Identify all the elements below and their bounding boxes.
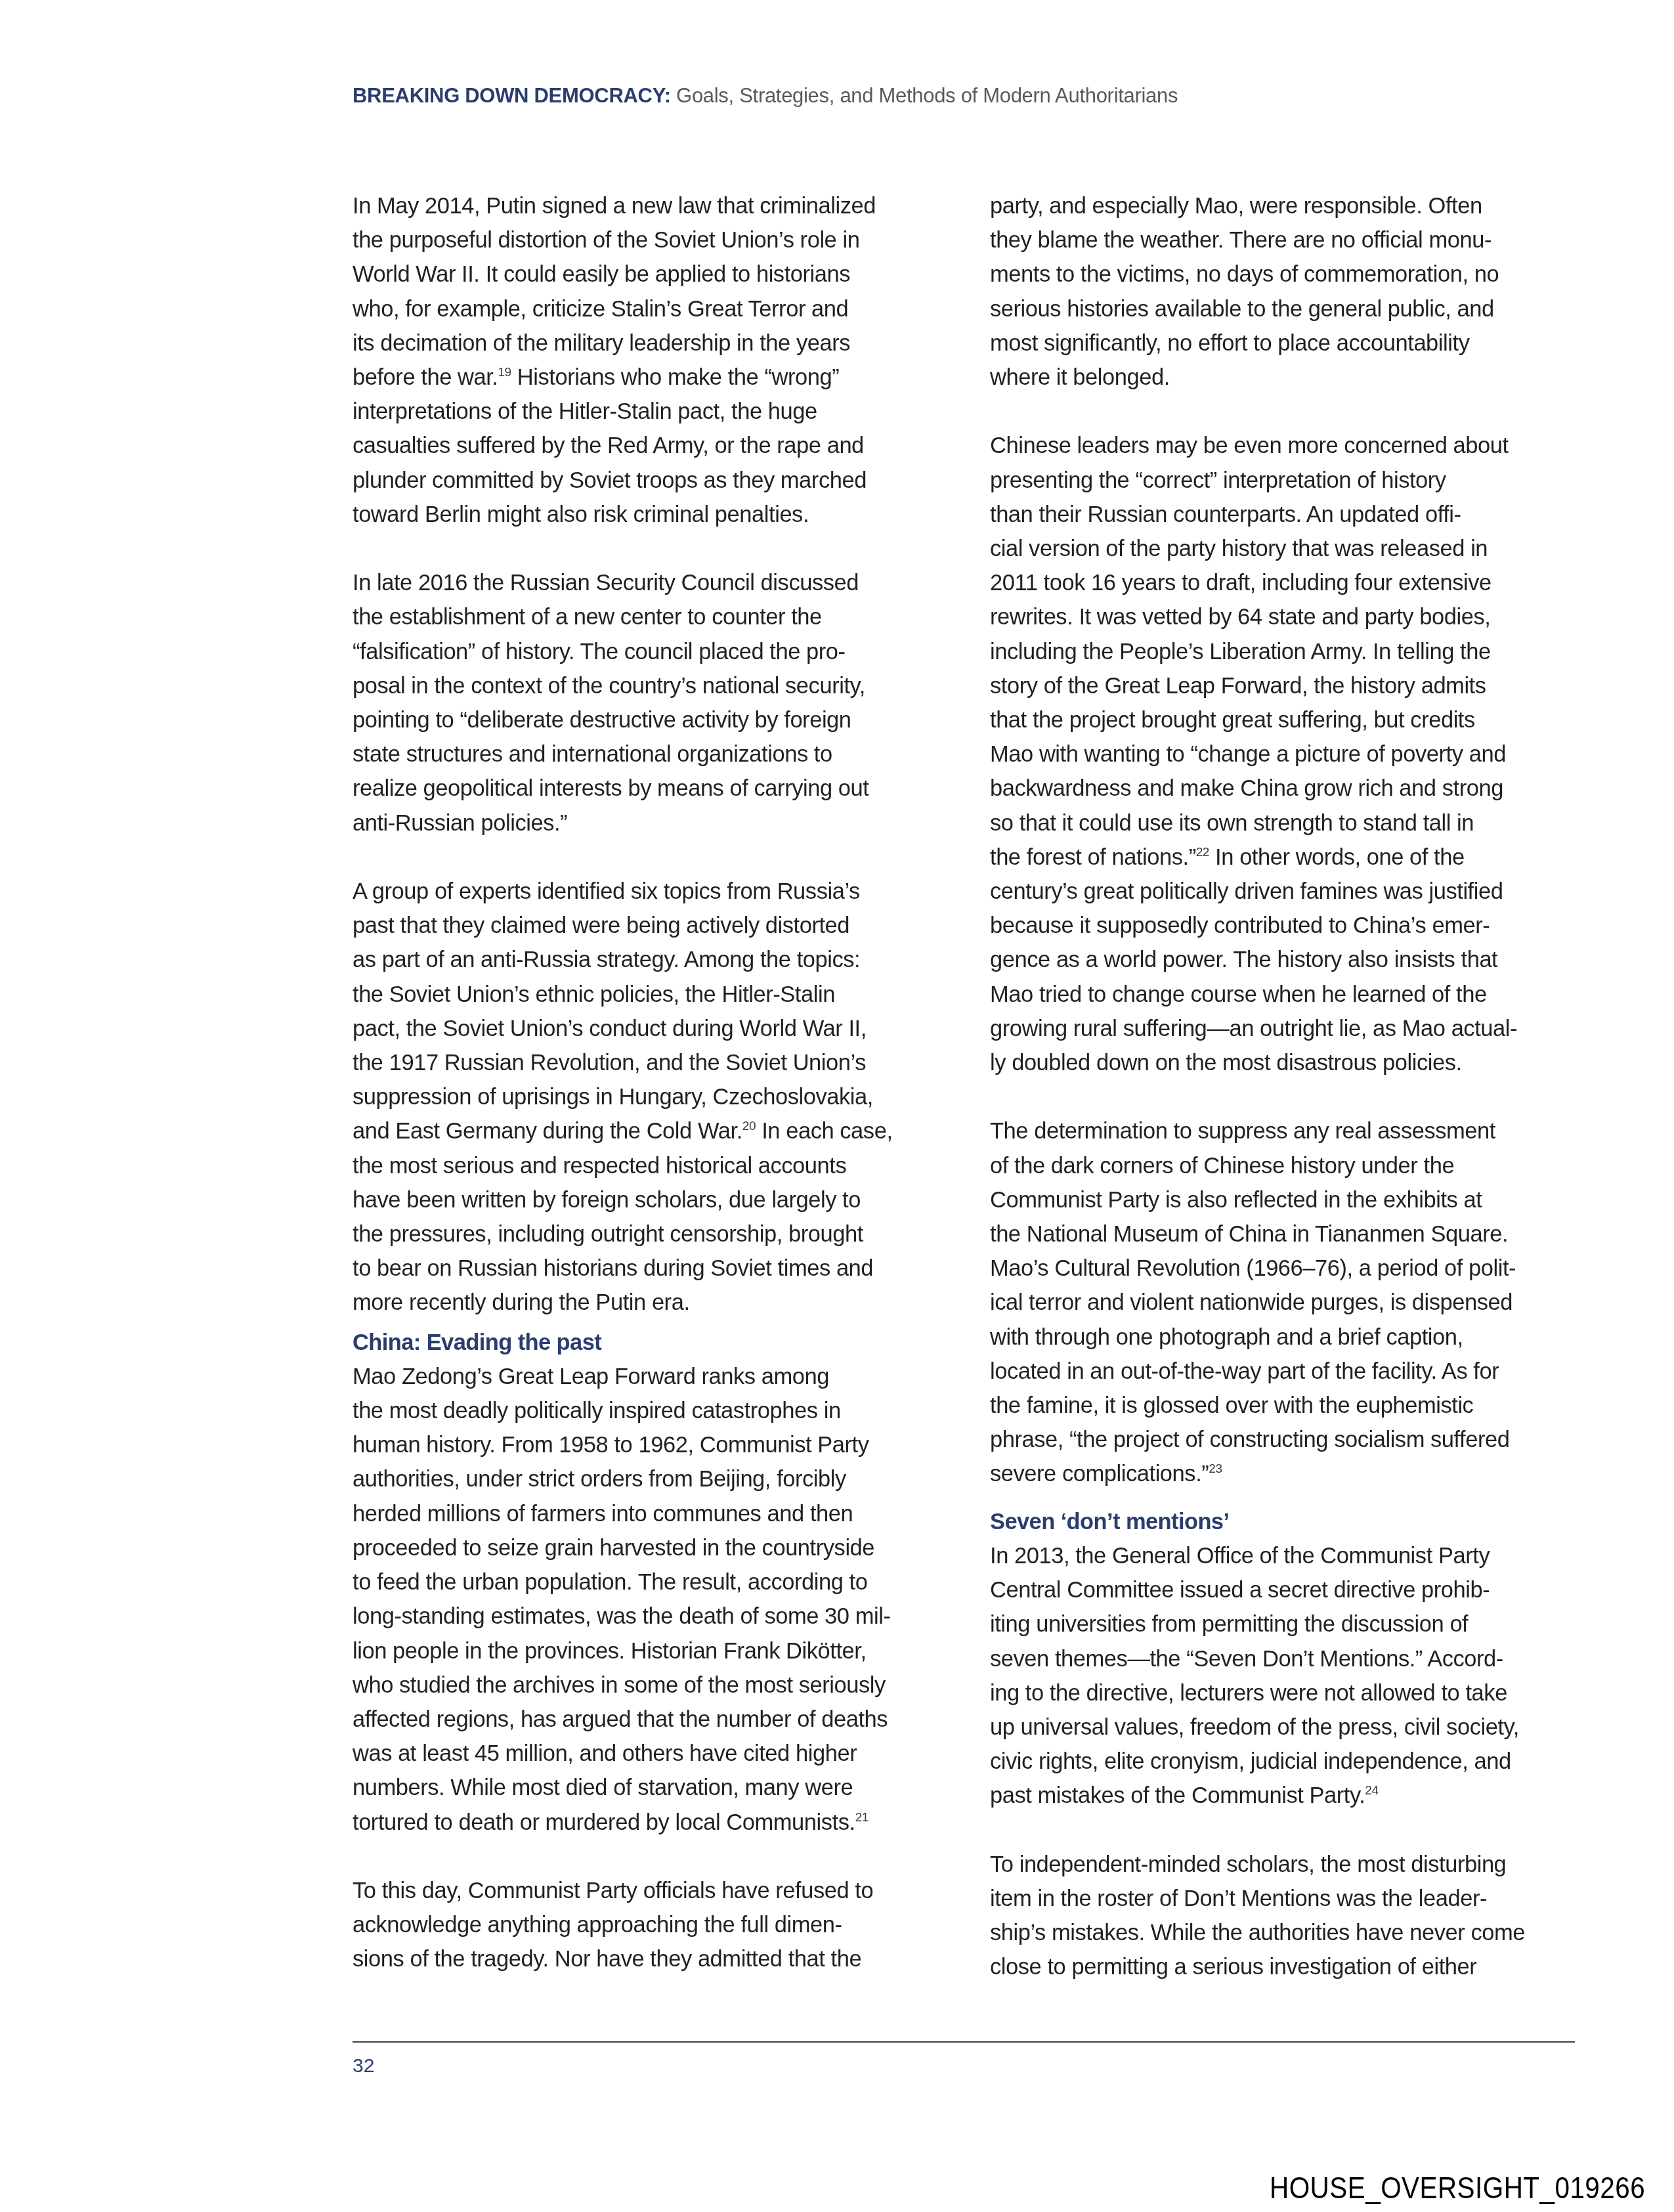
- text-line: severe complications.”23: [990, 1457, 1587, 1491]
- text-line: sions of the tragedy. Nor have they admi…: [353, 1942, 943, 1976]
- text-line: phrase, “the project of constructing soc…: [990, 1423, 1587, 1457]
- text-line: close to permitting a serious investigat…: [990, 1950, 1587, 1984]
- paragraph-2013-directive: In 2013, the General Office of the Commu…: [990, 1539, 1587, 1813]
- text-line: serious histories available to the gener…: [990, 292, 1587, 326]
- text-line: the purposeful distortion of the Soviet …: [353, 223, 943, 257]
- text-line: suppression of uprisings in Hungary, Cze…: [353, 1080, 943, 1114]
- spacer: [990, 1492, 1587, 1505]
- text-line: World War II. It could easily be applied…: [353, 257, 943, 292]
- text-line: toward Berlin might also risk criminal p…: [353, 498, 943, 532]
- text-line: to bear on Russian historians during Sov…: [353, 1251, 943, 1286]
- text-line: the most deadly politically inspired cat…: [353, 1394, 943, 1428]
- paragraph-security-council: In late 2016 the Russian Security Counci…: [353, 566, 943, 840]
- paragraph-party-responsible: party, and especially Mao, were responsi…: [990, 189, 1587, 395]
- text-line: ical terror and violent nationwide purge…: [990, 1286, 1587, 1320]
- text-fragment: In each case,: [756, 1119, 893, 1144]
- text-line: numbers. While most died of starvation, …: [353, 1771, 943, 1805]
- text-line: proceeded to seize grain harvested in th…: [353, 1531, 943, 1565]
- text-line: Mao’s Cultural Revolution (1966–76), a p…: [990, 1251, 1587, 1286]
- text-line: To this day, Communist Party officials h…: [353, 1874, 943, 1908]
- text-line: story of the Great Leap Forward, the his…: [990, 669, 1587, 703]
- text-line: the Soviet Union’s ethnic policies, the …: [353, 978, 943, 1012]
- text-line: than their Russian counterparts. An upda…: [990, 498, 1587, 532]
- text-line: presenting the “correct” interpretation …: [990, 464, 1587, 498]
- text-line: the famine, it is glossed over with the …: [990, 1389, 1587, 1423]
- footnote-ref-21[interactable]: 21: [855, 1811, 869, 1825]
- text-line: with through one photograph and a brief …: [990, 1320, 1587, 1355]
- section-heading-seven-dont-mentions: Seven ‘don’t mentions’: [990, 1505, 1587, 1539]
- footnote-ref-19[interactable]: 19: [498, 366, 511, 380]
- text-line: cial version of the party history that w…: [990, 532, 1587, 566]
- text-line: human history. From 1958 to 1962, Commun…: [353, 1428, 943, 1462]
- text-line: located in an out-of-the-way part of the…: [990, 1355, 1587, 1389]
- text-line: ly doubled down on the most disastrous p…: [990, 1046, 1587, 1080]
- text-line: ments to the victims, no days of commemo…: [990, 257, 1587, 292]
- text-line: the forest of nations.”22 In other words…: [990, 840, 1587, 875]
- footnote-ref-24[interactable]: 24: [1365, 1784, 1378, 1798]
- publication-title: BREAKING DOWN DEMOCRACY:: [353, 84, 671, 107]
- text-line: before the war.19 Historians who make th…: [353, 360, 943, 395]
- text-fragment: tortured to death or murdered by local C…: [353, 1810, 855, 1835]
- text-line: To independent-minded scholars, the most…: [990, 1848, 1587, 1882]
- text-line: tortured to death or murdered by local C…: [353, 1806, 943, 1840]
- text-line: plunder committed by Soviet troops as th…: [353, 464, 943, 498]
- text-line: state structures and international organ…: [353, 737, 943, 771]
- text-line: growing rural suffering—an outright lie,…: [990, 1012, 1587, 1046]
- text-line: and East Germany during the Cold War.20 …: [353, 1114, 943, 1148]
- text-fragment: the forest of nations.”: [990, 845, 1196, 870]
- text-line: civic rights, elite cronyism, judicial i…: [990, 1745, 1587, 1779]
- text-line: the National Museum of China in Tiananme…: [990, 1217, 1587, 1251]
- text-line: 2011 took 16 years to draft, including f…: [990, 566, 1587, 600]
- text-line: A group of experts identified six topics…: [353, 875, 943, 909]
- text-line: anti-Russian policies.”: [353, 806, 943, 840]
- text-line: In late 2016 the Russian Security Counci…: [353, 566, 943, 600]
- text-line: Central Committee issued a secret direct…: [990, 1573, 1587, 1607]
- footnote-ref-23[interactable]: 23: [1209, 1462, 1222, 1476]
- bates-stamp: HOUSE_OVERSIGHT_019266: [1270, 2170, 1645, 2205]
- text-line: they blame the weather. There are no off…: [990, 223, 1587, 257]
- text-line: In May 2014, Putin signed a new law that…: [353, 189, 943, 223]
- text-line: the most serious and respected historica…: [353, 1149, 943, 1183]
- text-line: posal in the context of the country’s na…: [353, 669, 943, 703]
- right-column: party, and especially Mao, were responsi…: [990, 189, 1587, 1985]
- text-line: authorities, under strict orders from Be…: [353, 1462, 943, 1496]
- text-line: past mistakes of the Communist Party.24: [990, 1779, 1587, 1813]
- text-line: its decimation of the military leadershi…: [353, 326, 943, 360]
- text-fragment: and East Germany during the Cold War.: [353, 1119, 742, 1144]
- section-heading-china: China: Evading the past: [353, 1326, 943, 1360]
- text-line: past that they claimed were being active…: [353, 909, 943, 943]
- text-line: item in the roster of Don’t Mentions was…: [990, 1882, 1587, 1916]
- text-line: seven themes—the “Seven Don’t Mentions.”…: [990, 1642, 1587, 1676]
- text-line: backwardness and make China grow rich an…: [990, 771, 1587, 806]
- text-line: pact, the Soviet Union’s conduct during …: [353, 1012, 943, 1046]
- text-line: the pressures, including outright censor…: [353, 1217, 943, 1251]
- text-line: including the People’s Liberation Army. …: [990, 635, 1587, 669]
- paragraph-national-museum: The determination to suppress any real a…: [990, 1114, 1587, 1491]
- text-line: lion people in the provinces. Historian …: [353, 1634, 943, 1668]
- text-line: Communist Party is also reflected in the…: [990, 1183, 1587, 1217]
- text-line: the 1917 Russian Revolution, and the Sov…: [353, 1046, 943, 1080]
- paragraph-putin-law: In May 2014, Putin signed a new law that…: [353, 189, 943, 532]
- text-line: iting universities from permitting the d…: [990, 1607, 1587, 1641]
- text-line: ship’s mistakes. While the authorities h…: [990, 1916, 1587, 1950]
- text-line: have been written by foreign scholars, d…: [353, 1183, 943, 1217]
- text-line: The determination to suppress any real a…: [990, 1114, 1587, 1148]
- text-line: century’s great politically driven famin…: [990, 875, 1587, 909]
- text-fragment: before the war.: [353, 365, 498, 390]
- text-line: up universal values, freedom of the pres…: [990, 1710, 1587, 1745]
- text-line: realize geopolitical interests by means …: [353, 771, 943, 806]
- text-fragment: past mistakes of the Communist Party.: [990, 1783, 1365, 1808]
- text-line: was at least 45 million, and others have…: [353, 1737, 943, 1771]
- text-line: who studied the archives in some of the …: [353, 1668, 943, 1702]
- spacer: [353, 1320, 943, 1326]
- text-line: where it belonged.: [990, 360, 1587, 395]
- text-line: ing to the directive, lecturers were not…: [990, 1676, 1587, 1710]
- text-line: interpretations of the Hitler-Stalin pac…: [353, 395, 943, 429]
- text-line: Chinese leaders may be even more concern…: [990, 429, 1587, 463]
- text-line: affected regions, has argued that the nu…: [353, 1702, 943, 1737]
- text-line: more recently during the Putin era.: [353, 1286, 943, 1320]
- text-line: so that it could use its own strength to…: [990, 806, 1587, 840]
- text-fragment: Historians who make the “wrong”: [511, 365, 839, 390]
- paragraph-great-leap: Mao Zedong’s Great Leap Forward ranks am…: [353, 1360, 943, 1840]
- text-line: Mao tried to change course when he learn…: [990, 978, 1587, 1012]
- text-line: In 2013, the General Office of the Commu…: [990, 1539, 1587, 1573]
- text-line: the establishment of a new center to cou…: [353, 600, 943, 634]
- paragraph-six-topics: A group of experts identified six topics…: [353, 875, 943, 1320]
- running-header: BREAKING DOWN DEMOCRACY: Goals, Strategi…: [353, 84, 1178, 108]
- text-fragment: severe complications.”: [990, 1462, 1209, 1486]
- text-line: “falsification” of history. The council …: [353, 635, 943, 669]
- footnote-ref-20[interactable]: 20: [742, 1119, 756, 1133]
- paragraph-chinese-leaders: Chinese leaders may be even more concern…: [990, 429, 1587, 1080]
- text-line: of the dark corners of Chinese history u…: [990, 1149, 1587, 1183]
- footer-divider: [353, 2041, 1575, 2043]
- text-line: because it supposedly contributed to Chi…: [990, 909, 1587, 943]
- text-line: casualties suffered by the Red Army, or …: [353, 429, 943, 463]
- text-line: acknowledge anything approaching the ful…: [353, 1908, 943, 1942]
- text-line: as part of an anti-Russia strategy. Amon…: [353, 943, 943, 977]
- paragraph-to-this-day: To this day, Communist Party officials h…: [353, 1874, 943, 1977]
- text-line: most significantly, no effort to place a…: [990, 326, 1587, 360]
- text-line: gence as a world power. The history also…: [990, 943, 1587, 977]
- left-column: In May 2014, Putin signed a new law that…: [353, 189, 943, 1977]
- text-fragment: In other words, one of the: [1209, 845, 1465, 870]
- text-line: Mao with wanting to “change a picture of…: [990, 737, 1587, 771]
- text-line: Mao Zedong’s Great Leap Forward ranks am…: [353, 1360, 943, 1394]
- text-line: long-standing estimates, was the death o…: [353, 1599, 943, 1634]
- page-number: 32: [353, 2055, 374, 2077]
- text-line: herded millions of farmers into communes…: [353, 1497, 943, 1531]
- publication-subtitle: Goals, Strategies, and Methods of Modern…: [671, 84, 1178, 107]
- text-line: party, and especially Mao, were responsi…: [990, 189, 1587, 223]
- text-line: rewrites. It was vetted by 64 state and …: [990, 600, 1587, 634]
- text-line: who, for example, criticize Stalin’s Gre…: [353, 292, 943, 326]
- footnote-ref-22[interactable]: 22: [1196, 846, 1209, 859]
- text-line: that the project brought great suffering…: [990, 703, 1587, 737]
- text-line: pointing to “deliberate destructive acti…: [353, 703, 943, 737]
- paragraph-independent-scholars: To independent-minded scholars, the most…: [990, 1848, 1587, 1985]
- text-line: to feed the urban population. The result…: [353, 1565, 943, 1599]
